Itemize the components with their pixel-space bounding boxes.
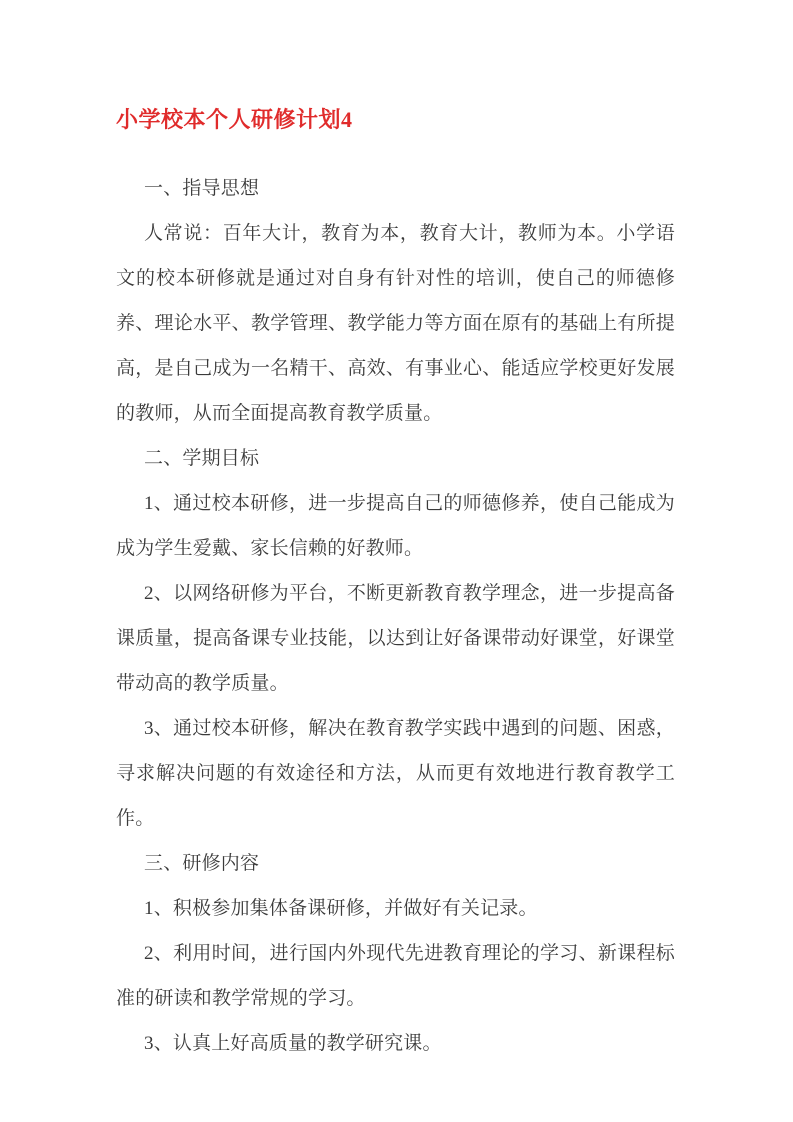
paragraph: 2、以网络研修为平台，不断更新教育教学理念，进一步提高备课质量，提高备课专业技能…: [116, 571, 675, 706]
section-heading-semester-goals: 二、学期目标: [116, 436, 675, 481]
paragraph: 3、通过校本研修，解决在教育教学实践中遇到的问题、困惑，寻求解决问题的有效途径和…: [116, 706, 675, 841]
paragraph: 人常说：百年大计，教育为本，教育大计，教师为本。小学语文的校本研修就是通过对自身…: [116, 211, 675, 436]
section-heading-research-content: 三、研修内容: [116, 841, 675, 886]
document-title: 小学校本个人研修计划4: [116, 106, 675, 134]
document-body: 小学校本个人研修计划4 一、指导思想 人常说：百年大计，教育为本，教育大计，教师…: [0, 0, 793, 1066]
section-heading-guiding-ideology: 一、指导思想: [116, 166, 675, 211]
paragraph: 1、积极参加集体备课研修，并做好有关记录。: [116, 886, 675, 931]
paragraph: 3、认真上好高质量的教学研究课。: [116, 1021, 675, 1066]
paragraph: 1、通过校本研修，进一步提高自己的师德修养，使自己能成为成为学生爱戴、家长信赖的…: [116, 481, 675, 571]
document-page: 小学校本个人研修计划4 一、指导思想 人常说：百年大计，教育为本，教育大计，教师…: [0, 0, 793, 1122]
paragraph: 2、利用时间，进行国内外现代先进教育理论的学习、新课程标准的研读和教学常规的学习…: [116, 931, 675, 1021]
